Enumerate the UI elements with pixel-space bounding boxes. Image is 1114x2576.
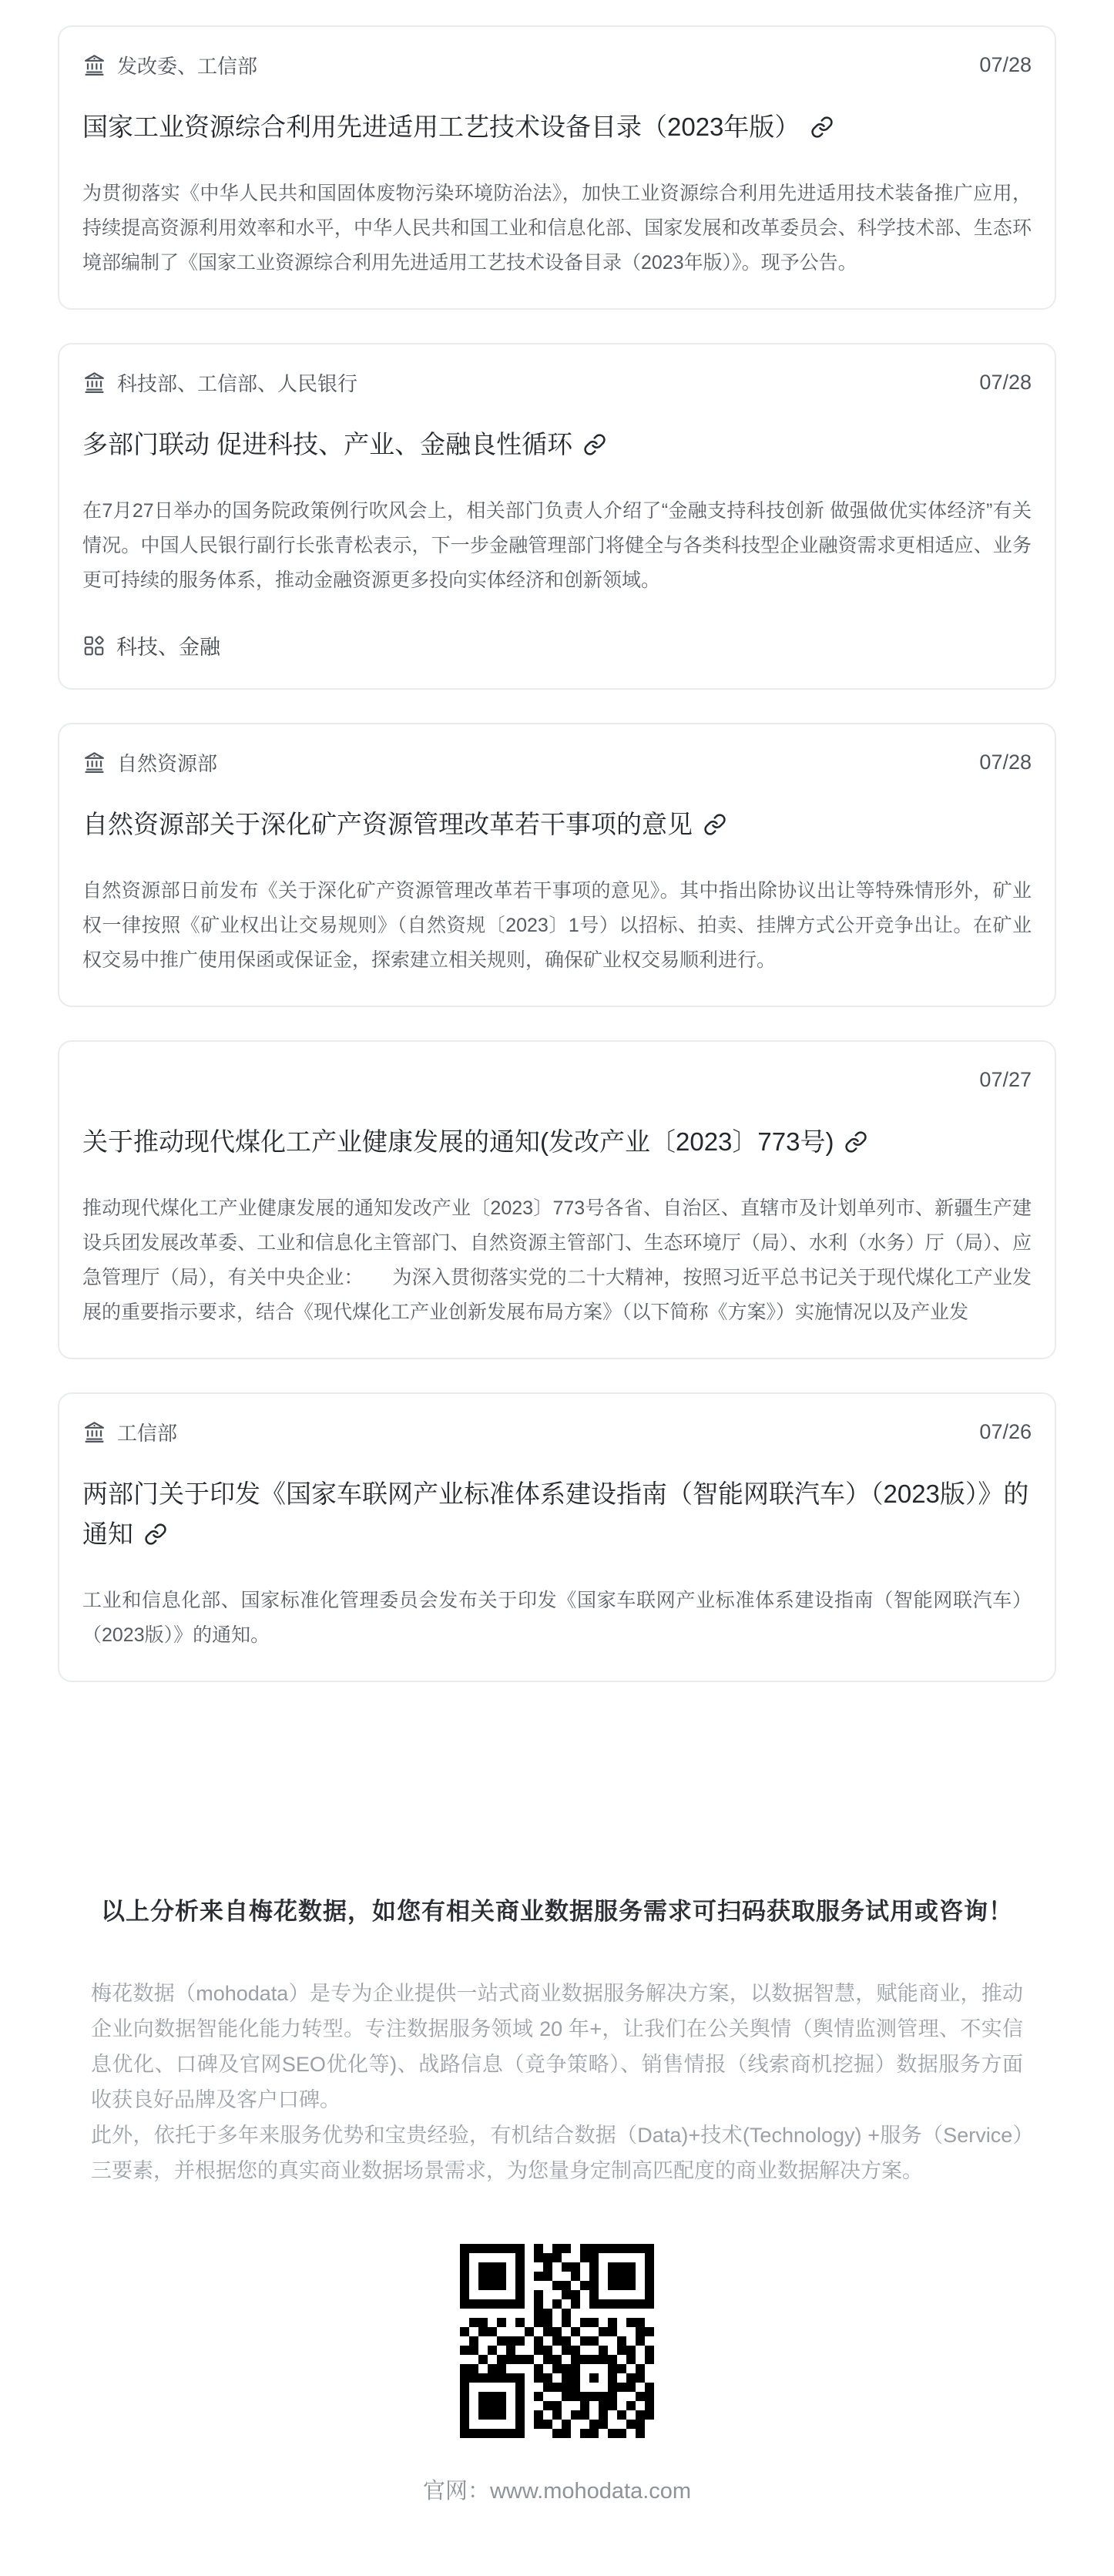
news-card[interactable]: 发改委、工信部 07/28 国家工业资源综合利用先进适用工艺技术设备目录（202… — [58, 25, 1056, 310]
news-card[interactable]: 自然资源部 07/28 自然资源部关于深化矿产资源管理改革若干事项的意见 自然资… — [58, 723, 1056, 1007]
card-source: 自然资源部 — [82, 748, 217, 777]
source-label: 自然资源部 — [117, 748, 217, 777]
promo-footer: 以上分析来自梅花数据，如您有相关商业数据服务需求可扫码获取服务试用或咨询！ 梅花… — [58, 1892, 1056, 2505]
source-label: 科技部、工信部、人民银行 — [117, 368, 357, 397]
news-card[interactable]: 工信部 07/26 两部门关于印发《国家车联网产业标准体系建设指南（智能网联汽车… — [58, 1392, 1056, 1682]
card-source: 发改委、工信部 — [82, 51, 257, 79]
promo-paragraph: 此外，依托于多年来服务优势和宝贵经验，有机结合数据（Data)+技术(Techn… — [91, 2118, 1023, 2188]
promo-description: 梅花数据（mohodata）是专为企业提供一站式商业数据服务解决方案，以数据智慧… — [91, 1976, 1023, 2188]
card-source: 科技部、工信部、人民银行 — [82, 368, 357, 397]
promo-heading: 以上分析来自梅花数据，如您有相关商业数据服务需求可扫码获取服务试用或咨询！ — [58, 1892, 1056, 1926]
link-icon[interactable] — [703, 813, 726, 836]
card-date: 07/28 — [979, 53, 1032, 77]
news-feed-page: 发改委、工信部 07/28 国家工业资源综合利用先进适用工艺技术设备目录（202… — [0, 0, 1114, 2505]
source-label: 发改委、工信部 — [117, 51, 257, 79]
card-title[interactable]: 关于推动现代煤化工产业健康发展的通知(发改产业〔2023〕773号) — [82, 1122, 1032, 1162]
link-icon[interactable] — [810, 116, 834, 139]
bank-icon — [82, 751, 106, 774]
card-body: 在7月27日举办的国务院政策例行吹风会上，相关部门负责人介绍了“金融支持科技创新… — [82, 494, 1032, 598]
bank-icon — [82, 1420, 106, 1444]
card-body: 自然资源部日前发布《关于深化矿产资源管理改革若干事项的意见》。其中指出除协议出让… — [82, 874, 1032, 978]
card-header: 自然资源部 07/28 — [82, 747, 1032, 777]
card-date: 07/28 — [979, 751, 1032, 774]
link-icon[interactable] — [583, 433, 606, 456]
news-card[interactable]: 科技部、工信部、人民银行 07/28 多部门联动 促进科技、产业、金融良性循环 … — [58, 343, 1056, 690]
card-title[interactable]: 多部门联动 促进科技、产业、金融良性循环 — [82, 425, 1032, 465]
card-header: 发改委、工信部 07/28 — [82, 50, 1032, 79]
tags-label: 科技、金融 — [116, 630, 220, 660]
card-body: 推动现代煤化工产业健康发展的通知发改产业〔2023〕773号各省、自治区、直辖市… — [82, 1191, 1032, 1330]
card-header: 科技部、工信部、人民银行 07/28 — [82, 368, 1032, 397]
card-date: 07/27 — [979, 1068, 1032, 1092]
card-header: 工信部 07/26 — [82, 1417, 1032, 1446]
qr-code — [460, 2244, 654, 2438]
card-title[interactable]: 自然资源部关于深化矿产资源管理改革若干事项的意见 — [82, 804, 1032, 845]
bank-icon — [82, 371, 106, 395]
website-label: 官网：www.mohodata.com — [58, 2474, 1056, 2505]
bank-icon — [82, 53, 106, 77]
link-icon[interactable] — [144, 1523, 167, 1546]
card-date: 07/28 — [979, 371, 1032, 395]
card-tags: 科技、金融 — [82, 630, 1032, 660]
grid-icon — [82, 634, 106, 657]
card-body: 为贯彻落实《中华人民共和国固体废物污染环境防治法》，加快工业资源综合利用先进适用… — [82, 176, 1032, 280]
card-date: 07/26 — [979, 1420, 1032, 1444]
link-icon[interactable] — [844, 1130, 867, 1154]
source-label: 工信部 — [117, 1418, 177, 1446]
news-card[interactable]: 07/27 关于推动现代煤化工产业健康发展的通知(发改产业〔2023〕773号)… — [58, 1040, 1056, 1359]
card-body: 工业和信息化部、国家标准化管理委员会发布关于印发《国家车联网产业标准体系建设指南… — [82, 1584, 1032, 1653]
promo-paragraph: 梅花数据（mohodata）是专为企业提供一站式商业数据服务解决方案，以数据智慧… — [91, 1976, 1023, 2118]
card-source: 工信部 — [82, 1418, 177, 1446]
card-title[interactable]: 两部门关于印发《国家车联网产业标准体系建设指南（智能网联汽车）（2023版）》的… — [82, 1474, 1032, 1554]
card-header: 07/27 — [82, 1065, 1032, 1094]
card-title[interactable]: 国家工业资源综合利用先进适用工艺技术设备目录（2023年版） — [82, 107, 1032, 147]
